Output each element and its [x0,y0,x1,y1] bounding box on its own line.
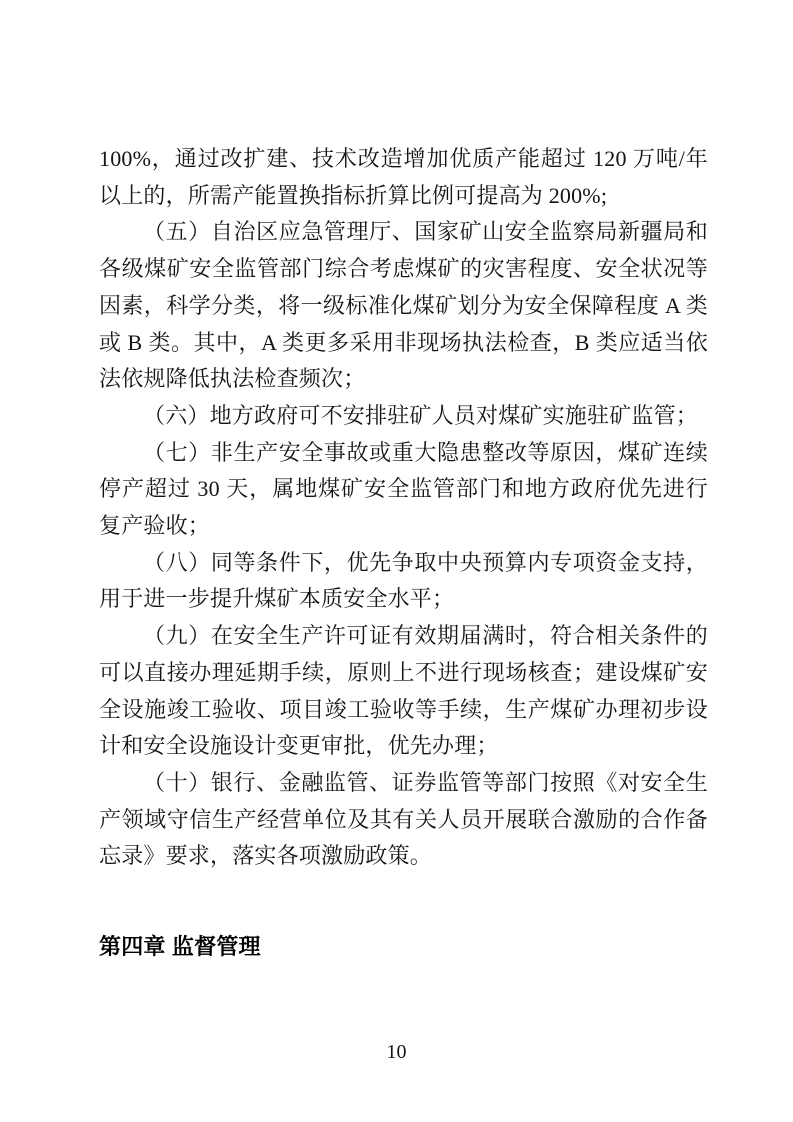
body-text-block: 100%，通过改扩建、技术改造增加优质产能超过 120 万吨/年以上的，所需产能… [99,141,708,966]
document-page: 100%，通过改扩建、技术改造增加优质产能超过 120 万吨/年以上的，所需产能… [0,0,793,1122]
body-paragraph: （六）地方政府可不安排驻矿人员对煤矿实施驻矿监管； [99,398,708,435]
body-paragraph: 100%，通过改扩建、技术改造增加优质产能超过 120 万吨/年以上的，所需产能… [99,141,708,214]
page-number: 10 [387,1041,407,1063]
body-paragraph: （十）银行、金融监管、证券监管等部门按照《对安全生产领域守信生产经营单位及其有关… [99,765,708,875]
body-paragraph: （九）在安全生产许可证有效期届满时，符合相关条件的可以直接办理延期手续，原则上不… [99,618,708,765]
body-paragraph: （五）自治区应急管理厅、国家矿山安全监察局新疆局和各级煤矿安全监管部门综合考虑煤… [99,214,708,398]
body-paragraph: （七）非生产安全事故或重大隐患整改等原因，煤矿连续停产超过 30 天，属地煤矿安… [99,435,708,545]
chapter-heading: 第四章 监督管理 [99,875,708,966]
body-paragraph: （八）同等条件下，优先争取中央预算内专项资金支持，用于进一步提升煤矿本质安全水平… [99,545,708,618]
page-footer: 10 [0,1040,793,1064]
